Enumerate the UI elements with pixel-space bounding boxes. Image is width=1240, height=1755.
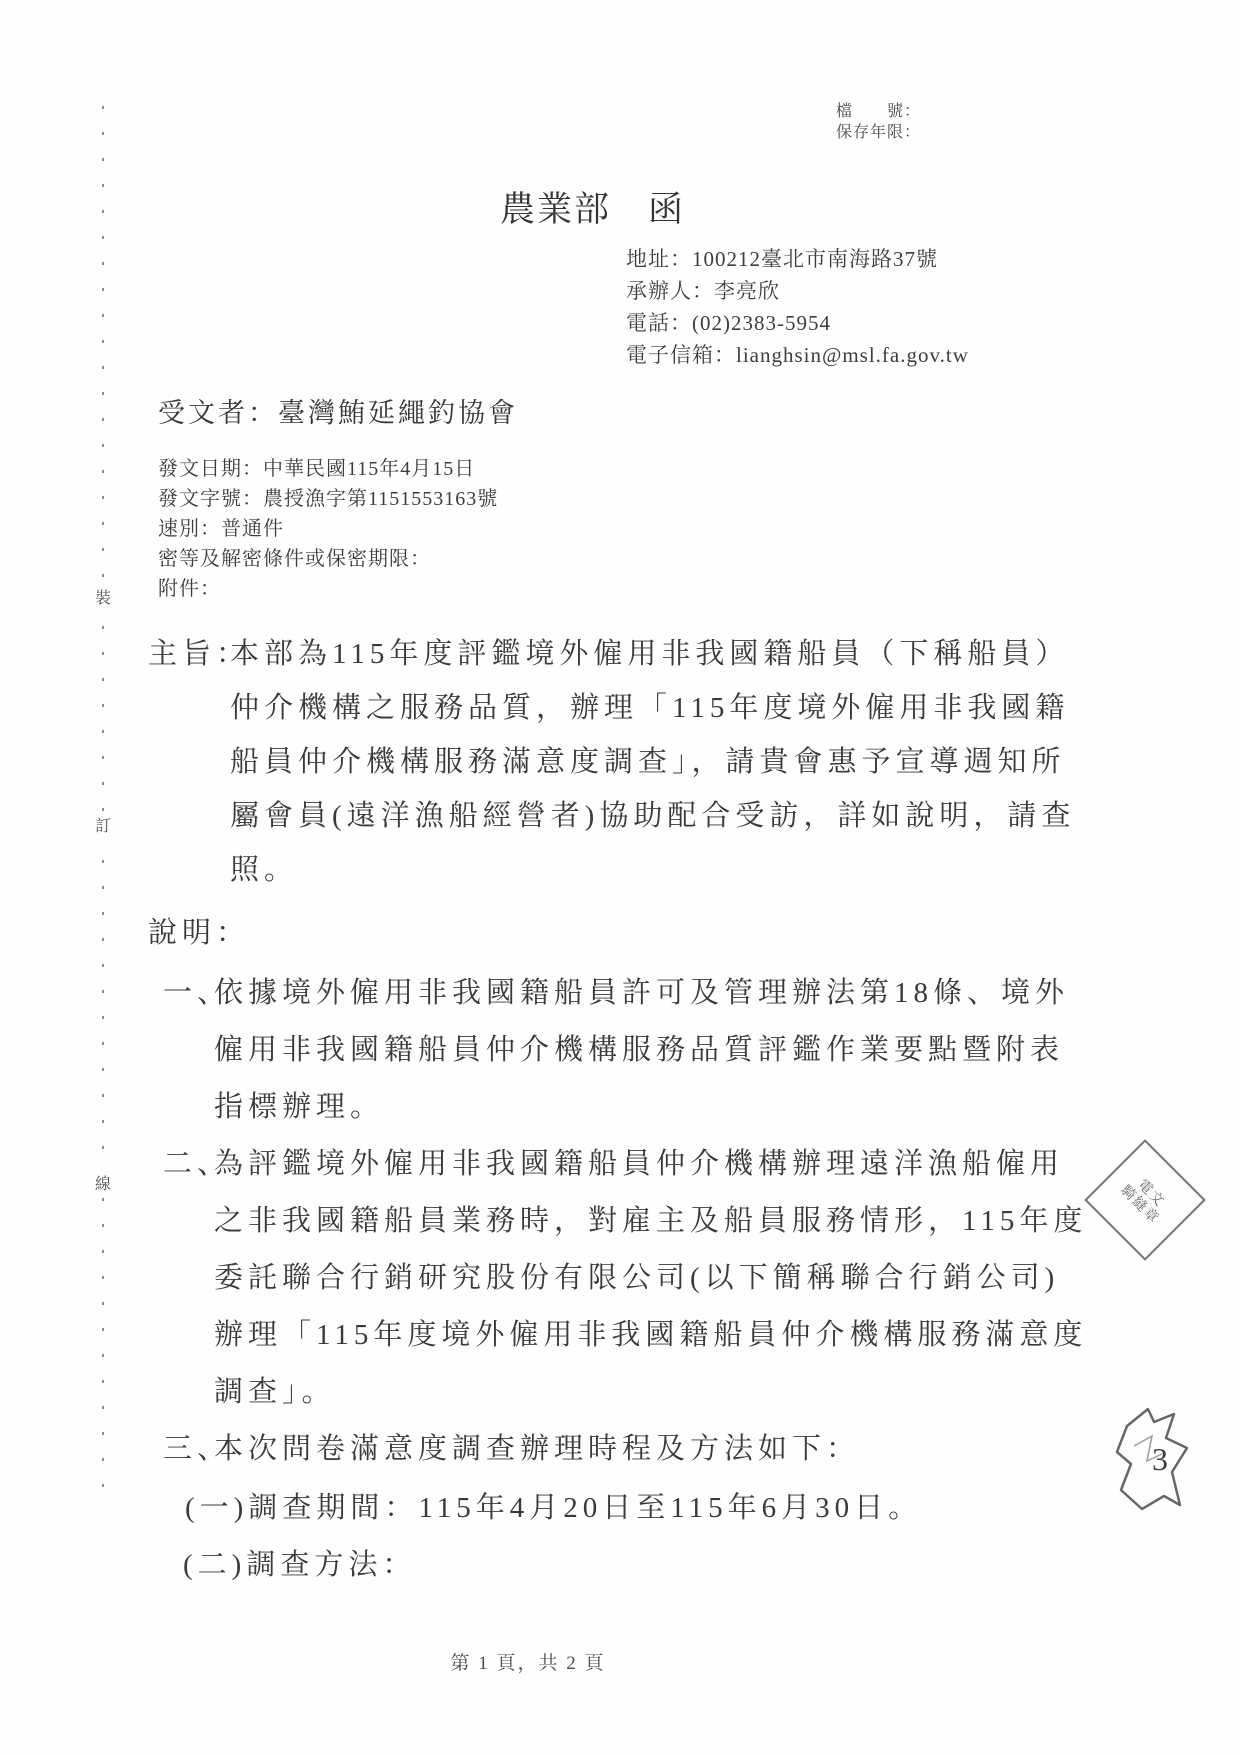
retention-period-label: 保存年限： [836, 122, 921, 143]
item-line: 指標辦理。 [214, 1079, 1069, 1136]
page-footer: 第 1 頁，共 2 頁 [398, 1648, 658, 1675]
item-line: 僱用非我國籍船員仲介機構服務品質評鑑作業要點暨附表 [214, 1022, 1069, 1079]
dispatch-speed: 速別：普通件 [158, 514, 498, 544]
item-line: 委託聯合行銷研究股份有限公司(以下簡稱聯合行銷公司) [214, 1250, 1087, 1307]
sender-phone: 電話：(02)2383-5954 [626, 307, 969, 339]
dispatch-security: 密等及解密條件或保密期限： [158, 544, 498, 574]
subject-line: 船員仲介機構服務滿意度調查」，請貴會惠予宣導週知所 [230, 735, 1075, 789]
explanation-label: 說明： [148, 906, 250, 960]
subitem-line: (一)調查期間：115年4月20日至115年6月30日。 [185, 1480, 922, 1537]
crumple-mark-icon: 3 [1114, 1406, 1190, 1514]
document-title: 農業部 函 [500, 182, 760, 232]
sender-address: 地址：100212臺北市南海路37號 [626, 243, 969, 275]
dispatch-date: 發文日期：中華民國115年4月15日 [158, 454, 498, 484]
item-line: 為評鑑境外僱用非我國籍船員仲介機構辦理遠洋漁船僱用 [214, 1136, 1087, 1193]
archive-label-block: 檔 號： 保存年限： [836, 101, 921, 143]
subitem-line: (二)調查方法： [183, 1537, 416, 1594]
item-line: 之非我國籍船員業務時，對雇主及船員服務情形，115年度 [214, 1193, 1087, 1250]
page-number-stamp: 3 [1114, 1406, 1190, 1514]
page-number-digit: 3 [1152, 1441, 1168, 1477]
sender-contact-person: 承辦人：李亮欣 [626, 275, 969, 307]
dispatch-meta-block: 發文日期：中華民國115年4月15日 發文字號：農授漁字第1151553163號… [158, 454, 498, 604]
subject-line: 照。 [230, 843, 1075, 897]
binding-dotted-rule [102, 106, 104, 1510]
dispatch-number: 發文字號：農授漁字第1151553163號 [158, 484, 498, 514]
file-number-label: 檔 號： [836, 101, 921, 122]
item-line: 辦理「115年度境外僱用非我國籍船員仲介機構服務滿意度 [214, 1307, 1087, 1364]
scanned-official-letter-page: 檔 號： 保存年限： 農業部 函 地址：100212臺北市南海路37號 承辦人：… [0, 0, 1240, 1755]
subject-body: 本部為115年度評鑑境外僱用非我國籍船員（下稱船員） 仲介機構之服務品質，辦理「… [230, 627, 1075, 897]
item-line: 依據境外僱用非我國籍船員許可及管理辦法第18條、境外 [214, 965, 1069, 1022]
subject-line: 仲介機構之服務品質，辦理「115年度境外僱用非我國籍 [230, 681, 1075, 735]
sender-info-block: 地址：100212臺北市南海路37號 承辦人：李亮欣 電話：(02)2383-5… [626, 243, 969, 371]
recipient-line: 受文者：臺灣鮪延繩釣協會 [158, 391, 518, 430]
binding-mark-xian: 線 [92, 1172, 114, 1198]
binding-mark-ding: 訂 [92, 814, 114, 840]
binding-mark-zhuang: 裝 [92, 586, 114, 612]
item-line: 調查」。 [214, 1364, 1087, 1421]
item-line: 本次問卷滿意度調查辦理時程及方法如下： [214, 1421, 860, 1478]
item-body: 依據境外僱用非我國籍船員許可及管理辦法第18條、境外 僱用非我國籍船員仲介機構服… [214, 965, 1069, 1136]
dispatch-attachment: 附件： [158, 574, 498, 604]
subject-line: 屬會員(遠洋漁船經營者)協助配合受訪，詳如說明，請查 [230, 789, 1075, 843]
sender-email: 電子信箱：lianghsin@msl.fa.gov.tw [626, 339, 969, 371]
subject-line: 本部為115年度評鑑境外僱用非我國籍船員（下稱船員） [230, 627, 1075, 681]
item-body: 為評鑑境外僱用非我國籍船員仲介機構辦理遠洋漁船僱用 之非我國籍船員業務時，對雇主… [214, 1136, 1087, 1421]
seam-seal-stamp: 電文 騎縫章 [1084, 1139, 1206, 1261]
item-body: 本次問卷滿意度調查辦理時程及方法如下： [214, 1421, 860, 1478]
